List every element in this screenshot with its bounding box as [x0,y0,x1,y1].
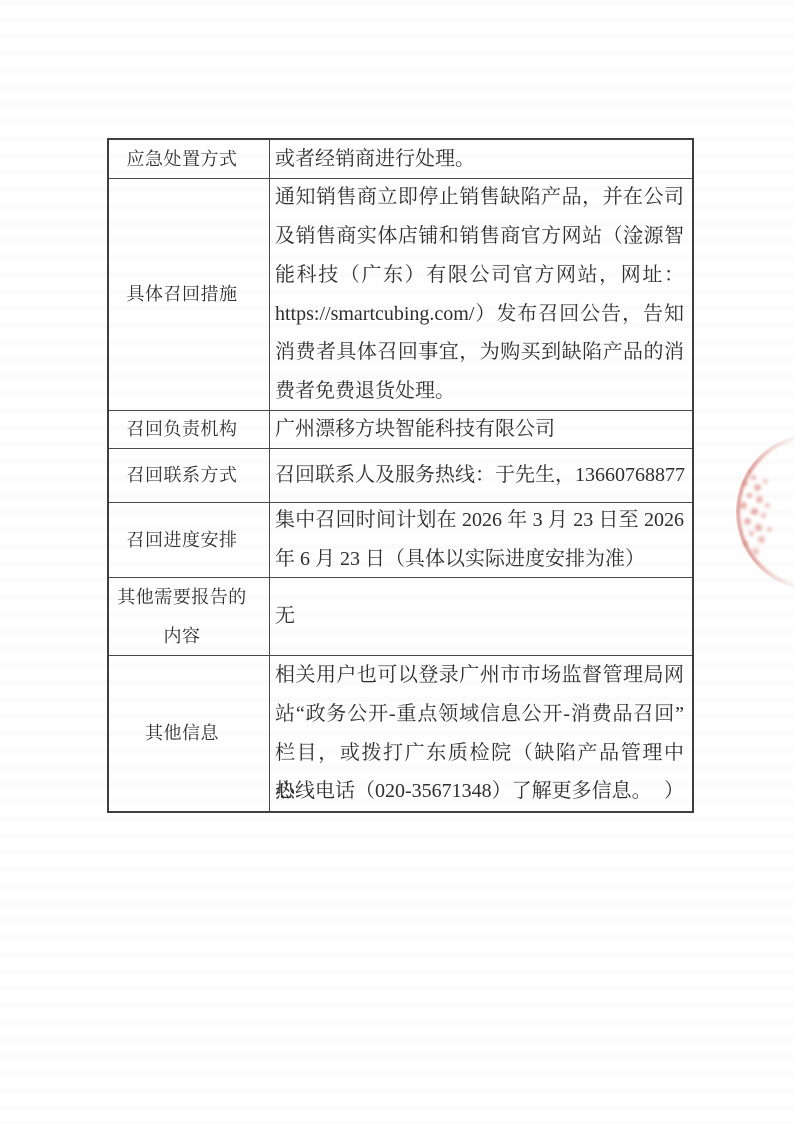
table-row: 其他需要报告的内容无 [109,578,692,656]
label-line: 应急处置方式 [115,140,249,178]
seal-illegible-marks [748,470,751,473]
row-label-cell: 其他需要报告的内容 [109,578,270,655]
table-row: 具体召回措施通知销售商立即停止销售缺陷产品，并在公司及销售商实体店铺和销售商官方… [109,179,692,411]
content-line: 栏目，或拨打广东质检院（缺陷产品管理中心） [275,734,684,773]
content-line: 或者经销商进行处理。 [275,140,684,178]
table-row: 其他信息相关用户也可以登录广州市市场监督管理局网站“政务公开-重点领域信息公开-… [109,656,692,811]
label-line: 召回联系方式 [115,456,249,495]
content-line: 消费者具体召回事宜，为购买到缺陷产品的消 [275,333,684,372]
table-row: 应急处置方式或者经销商进行处理。 [109,140,692,179]
scanned-document-page: 应急处置方式或者经销商进行处理。具体召回措施通知销售商立即停止销售缺陷产品，并在… [0,0,794,1123]
content-line: 站“政务公开-重点领域信息公开-消费品召回” [275,695,684,734]
content-line: 费者免费退货处理。 [275,372,684,410]
row-content-cell: 通知销售商立即停止销售缺陷产品，并在公司及销售商实体店铺和销售商官方网站（淦源智… [270,179,692,410]
content-line: 能科技（广东）有限公司官方网站，网址： [275,256,684,295]
content-line: 年 6 月 23 日（具体以实际进度安排为准） [275,540,684,577]
content-line: 热线电话（020-35671348）了解更多信息。 [275,772,684,811]
row-label-cell: 召回进度安排 [109,503,270,577]
row-content-cell: 无 [270,578,692,655]
row-content-cell: 集中召回时间计划在 2026 年 3 月 23 日至 2026年 6 月 23 … [270,503,692,577]
content-line: 无 [275,597,684,636]
row-label-cell: 具体召回措施 [109,179,270,410]
official-seal-partial [736,433,794,591]
label-line: 其他需要报告的 [115,578,249,617]
content-line: 通知销售商立即停止销售缺陷产品，并在公司 [275,179,684,217]
content-line: 及销售商实体店铺和销售商官方网站（淦源智 [275,217,684,256]
content-line: https://smartcubing.com/）发布召回公告，告知 [275,295,684,334]
label-line: 内容 [115,617,249,656]
row-content-cell: 或者经销商进行处理。 [270,140,692,178]
content-line: 相关用户也可以登录广州市市场监督管理局网 [275,656,684,695]
recall-info-table: 应急处置方式或者经销商进行处理。具体召回措施通知销售商立即停止销售缺陷产品，并在… [107,138,694,813]
row-label-cell: 其他信息 [109,656,270,811]
row-content-cell: 召回联系人及服务热线：于先生，13660768877 [270,449,692,502]
table-row: 召回负责机构广州漂移方块智能科技有限公司 [109,411,692,449]
content-line: 集中召回时间计划在 2026 年 3 月 23 日至 2026 [275,503,684,540]
label-line: 召回进度安排 [115,521,249,560]
row-label-cell: 召回负责机构 [109,411,270,448]
row-content-cell: 相关用户也可以登录广州市市场监督管理局网站“政务公开-重点领域信息公开-消费品召… [270,656,692,811]
content-line: 召回联系人及服务热线：于先生，13660768877 [275,456,684,495]
table-row: 召回联系方式召回联系人及服务热线：于先生，13660768877 [109,449,692,503]
row-content-cell: 广州漂移方块智能科技有限公司 [270,411,692,448]
content-line: 广州漂移方块智能科技有限公司 [275,411,684,448]
label-line: 召回负责机构 [115,411,249,448]
label-line: 其他信息 [115,714,249,753]
table-row: 召回进度安排集中召回时间计划在 2026 年 3 月 23 日至 2026年 6… [109,503,692,578]
row-label-cell: 召回联系方式 [109,449,270,502]
row-label-cell: 应急处置方式 [109,140,270,178]
label-line: 具体召回措施 [115,275,249,314]
